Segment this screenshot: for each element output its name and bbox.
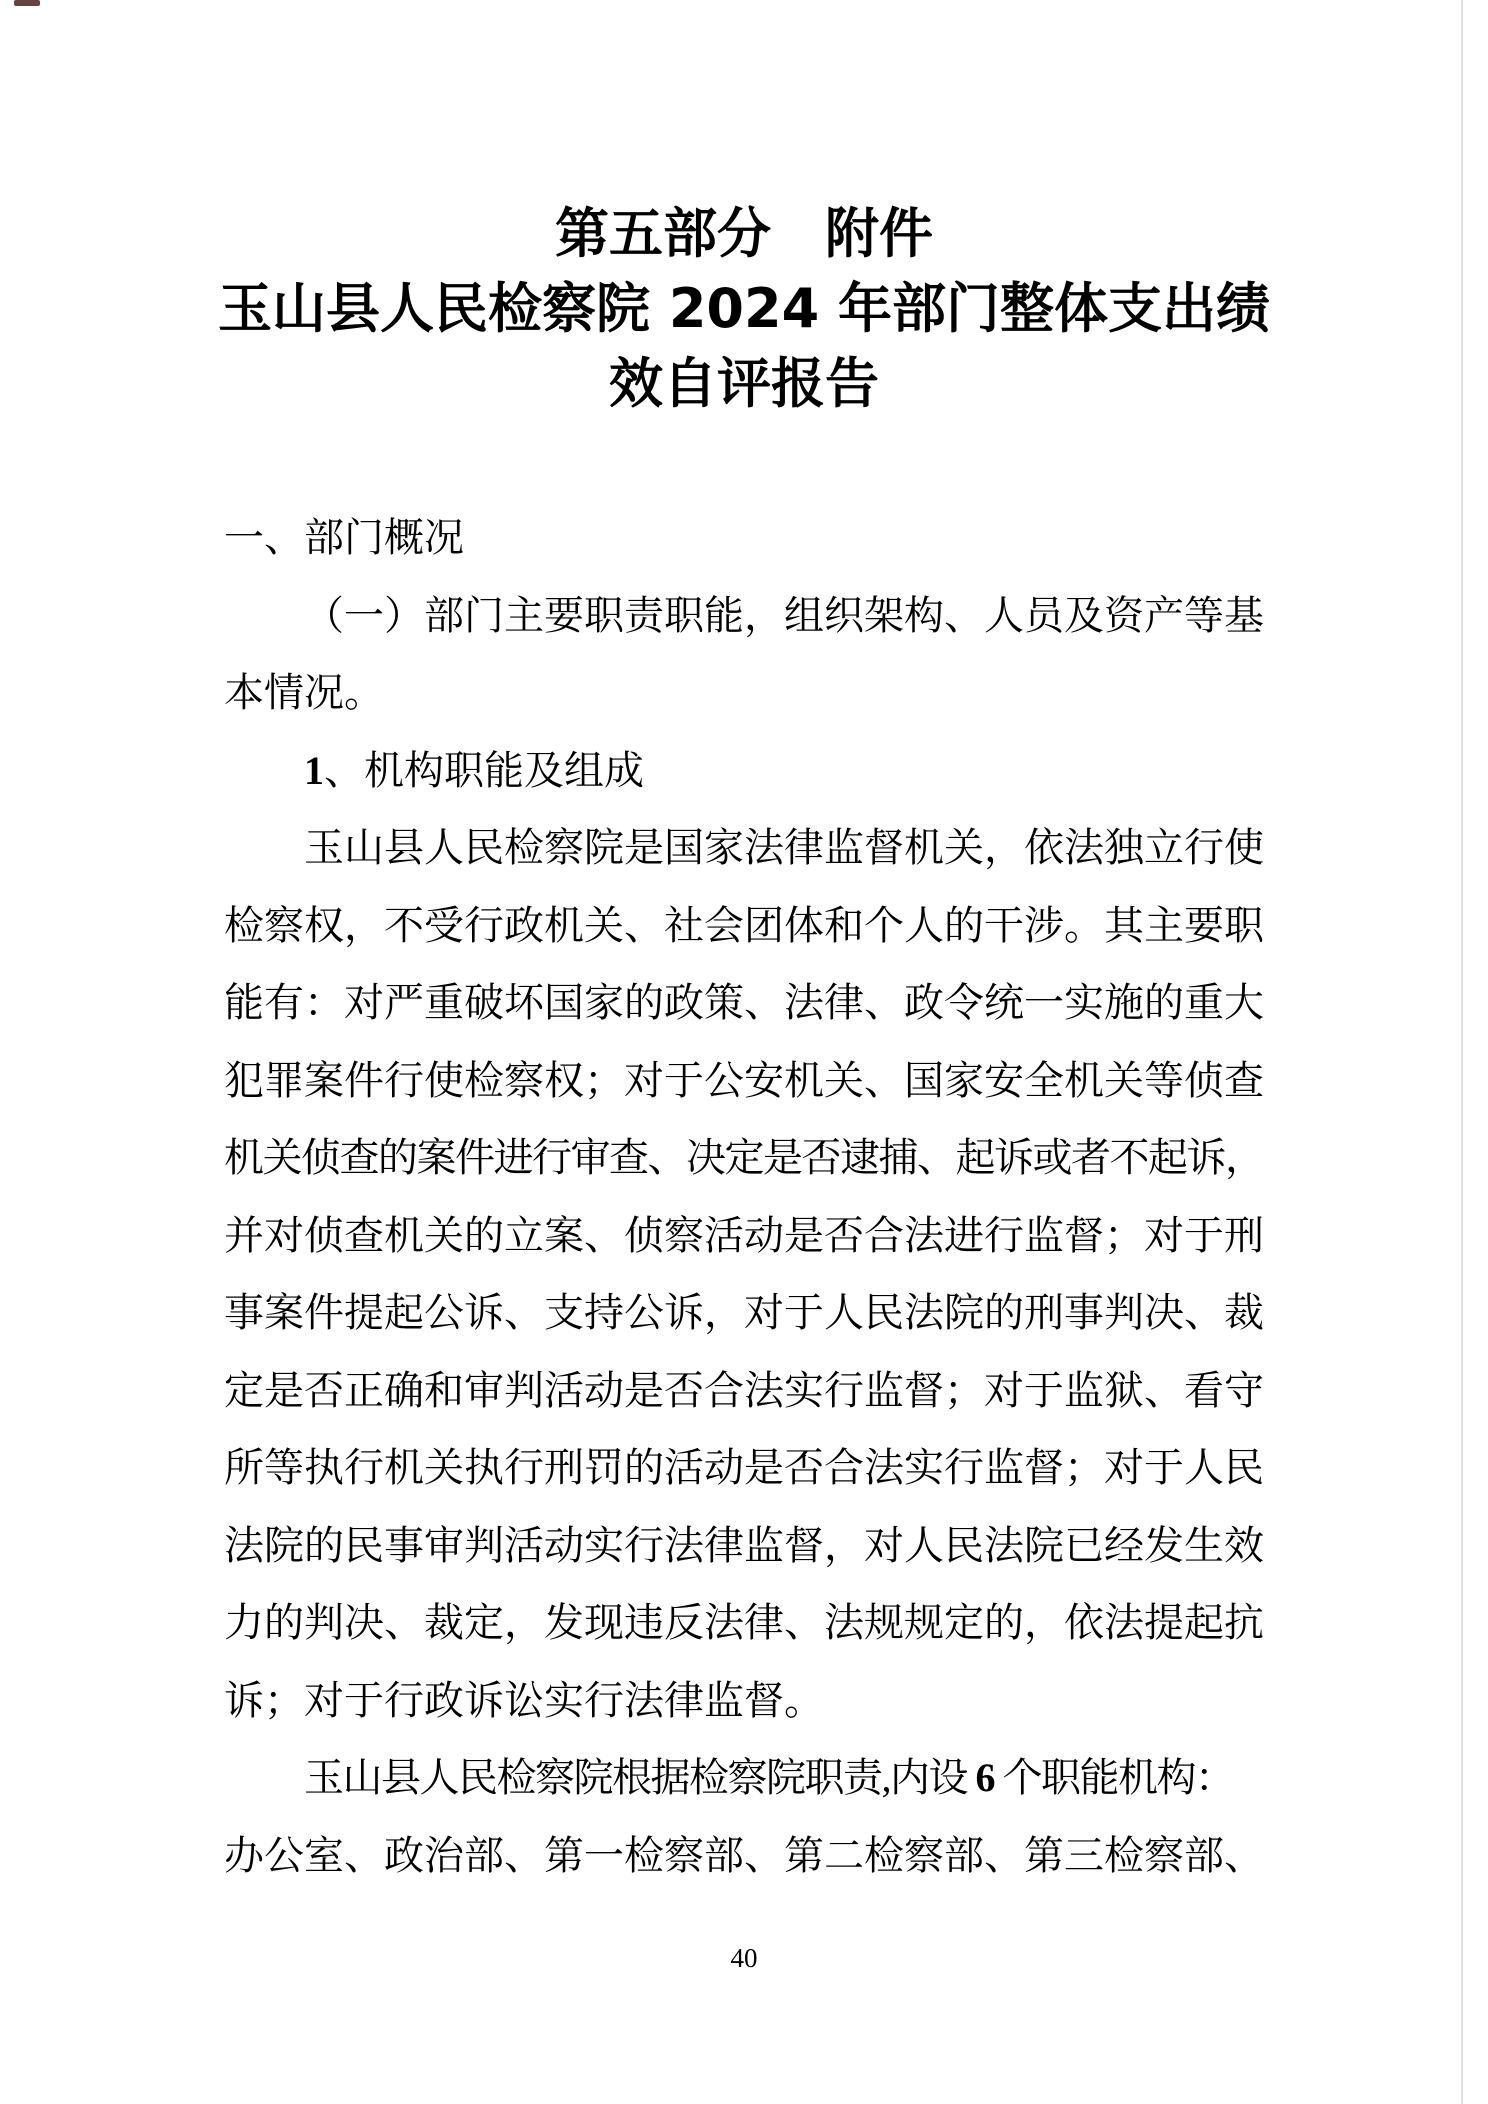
body-line: （一）部门主要职责职能，组织架构、人员及资产等基 (224, 577, 1264, 655)
title-line-part: 第五部分 附件 (0, 196, 1488, 271)
sub-heading: 1、机构职能及组成 (224, 732, 1264, 810)
body-line: 法院的民事审判活动实行法律监督，对人民法院已经发生效 (224, 1507, 1264, 1585)
page-number: 40 (0, 1941, 1488, 1975)
document-page: 第五部分 附件 玉山县人民检察院 2024 年部门整体支出绩 效自评报告 一、部… (0, 0, 1488, 2104)
body-line: 检察权，不受行政机关、社会团体和个人的干涉。其主要职 (224, 887, 1264, 965)
document-body: 一、部门概况 （一）部门主要职责职能，组织架构、人员及资产等基 本情况。 1、机… (224, 499, 1264, 1894)
body-line: 定是否正确和审判活动是否合法实行监督；对于监狱、看守 (224, 1352, 1264, 1430)
org-line-prefix: 玉山县人民检察院根据检察院职责,内设 (304, 1755, 976, 1800)
body-line: 并对侦查机关的立案、侦察活动是否合法进行监督；对于刑 (224, 1197, 1264, 1275)
body-line: 力的判决、裁定，发现违反法律、法规规定的，依法提起抗 (224, 1584, 1264, 1662)
body-line: 机关侦查的案件进行审查、决定是否逮捕、起诉或者不起诉， (224, 1119, 1264, 1197)
title-line-report-2: 效自评报告 (0, 346, 1488, 421)
scan-artifact (14, 0, 40, 6)
body-line: 能有：对严重破坏国家的政策、法律、政令统一实施的重大 (224, 964, 1264, 1042)
body-line: 玉山县人民检察院根据检察院职责,内设 6 个职能机构： (224, 1739, 1264, 1817)
sub-heading-text: 、机构职能及组成 (324, 748, 644, 793)
body-line: 玉山县人民检察院是国家法律监督机关，依法独立行使 (224, 809, 1264, 887)
title-line-report-1: 玉山县人民检察院 2024 年部门整体支出绩 (0, 271, 1488, 346)
org-line-suffix: 个职能机构： (994, 1755, 1234, 1800)
body-line: 事案件提起公诉、支持公诉，对于人民法院的刑事判决、裁 (224, 1274, 1264, 1352)
org-count-number: 6 (976, 1755, 995, 1800)
body-line: 诉；对于行政诉讼实行法律监督。 (224, 1662, 1264, 1740)
body-line: 犯罪案件行使检察权；对于公安机关、国家安全机关等侦查 (224, 1042, 1264, 1120)
body-line: 所等执行机关执行刑罚的活动是否合法实行监督；对于人民 (224, 1429, 1264, 1507)
section-heading: 一、部门概况 (224, 499, 1264, 577)
body-line: 办公室、政治部、第一检察部、第二检察部、第三检察部、 (224, 1817, 1264, 1895)
body-line: 本情况。 (224, 654, 1264, 732)
document-title: 第五部分 附件 玉山县人民检察院 2024 年部门整体支出绩 效自评报告 (0, 196, 1488, 421)
sub-heading-number: 1 (304, 748, 324, 793)
